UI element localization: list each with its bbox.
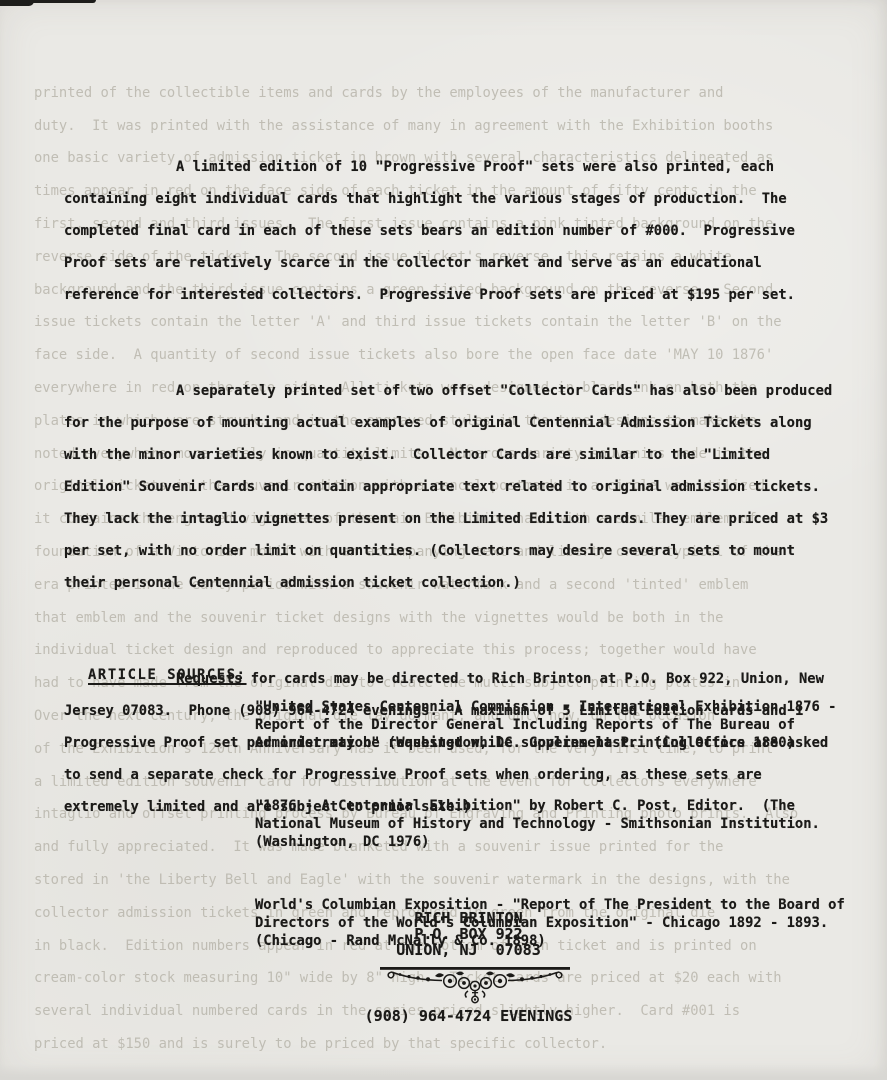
paragraph-collector-cards: A separately printed set of two offset "… (64, 375, 854, 599)
contact-line: UNION, NJ 07083 (50, 942, 887, 958)
text-line: A separately printed set of two offset "… (64, 375, 854, 407)
source-citation-2: "1876 - A Centennial Exhibition" by Robe… (255, 797, 845, 851)
text-line: They lack the intaglio vignettes present… (64, 503, 854, 535)
citation-line: (Washington, DC 1976) (255, 833, 845, 851)
text-line: with the minor varieties known to exist.… (64, 439, 854, 471)
citation-line: Administration" (Washington, DC. Governm… (255, 734, 845, 752)
source-citation-1: "United States Centennial Commission - I… (255, 698, 845, 752)
decorative-flourish-icon (380, 964, 570, 1006)
scanned-document-page: printed of the collectible items and car… (0, 0, 887, 1080)
contact-line: P.O. BOX 922 (50, 926, 887, 942)
text-line: containing eight individual cards that h… (64, 183, 854, 215)
article-sources-heading: ARTICLE SOURCES: (88, 666, 247, 684)
citation-line: Report of the Director General Including… (255, 716, 845, 734)
page-edge-shadow (0, 1064, 887, 1080)
ghost-text-line (34, 44, 866, 77)
citation-line: National Museum of History and Technolog… (255, 815, 845, 833)
text-line: their personal Centennial admission tick… (64, 567, 854, 599)
contact-address: RICH BRINTONP.O. BOX 922UNION, NJ 07083 (50, 910, 887, 958)
text-line: Edition" Souvenir Cards and contain appr… (64, 471, 854, 503)
text-line: for the purpose of mounting actual examp… (64, 407, 854, 439)
text-line: A limited edition of 10 "Progressive Pro… (64, 151, 854, 183)
paragraph-progressive-proof: A limited edition of 10 "Progressive Pro… (64, 151, 854, 311)
text-line: Proof sets are relatively scarce in the … (64, 247, 854, 279)
text-line: per set, with no order limit on quantiti… (64, 535, 854, 567)
text-line: reference for interested collectors. Pro… (64, 279, 854, 311)
article-sources-section: ARTICLE SOURCES: "United States Centenni… (88, 666, 848, 730)
contact-phone: (908) 964-4724 EVENINGS (50, 1008, 887, 1024)
contact-line: RICH BRINTON (50, 910, 887, 926)
text-line: completed final card in each of these se… (64, 215, 854, 247)
scan-edge-artifact (0, 0, 96, 3)
citation-line: "United States Centennial Commission - I… (255, 698, 845, 716)
citation-line: "1876 - A Centennial Exhibition" by Robe… (255, 797, 845, 815)
